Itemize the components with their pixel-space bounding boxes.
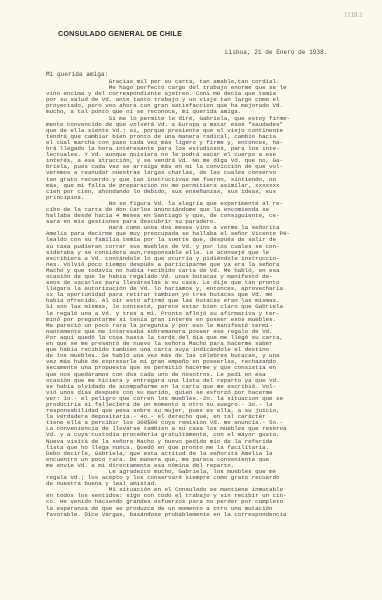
letter-line: favorable. Dice Vargas, basándose probab… [46,512,362,518]
dateline: Lisboa, 21 de Enero de 1938. [225,49,327,56]
letterhead: CONSULADO GENERAL DE CHILE [58,29,182,38]
letter-body: Gracias mil por su carta, tan amable,tan… [46,79,362,518]
archive-number: 1118.1 [344,11,363,19]
salutation: Mi querida amiga: [46,71,108,78]
letter-page: 1118.1 CONSULADO GENERAL DE CHILE Lisboa… [0,0,382,600]
